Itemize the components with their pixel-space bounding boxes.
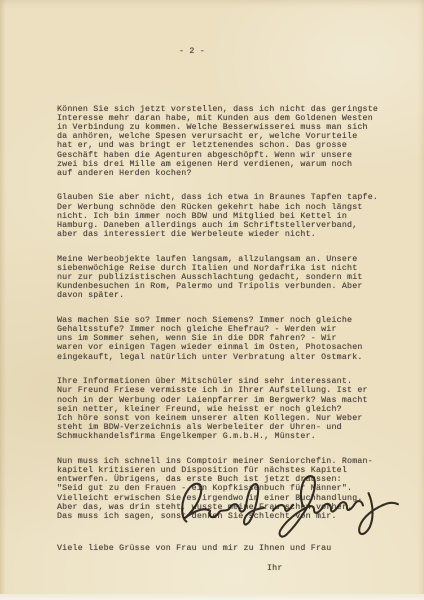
signature	[171, 462, 406, 554]
paragraph: Können Sie sich jetzt vorstellen, dass i…	[57, 105, 397, 179]
signature-drawing	[171, 462, 406, 554]
paragraph: Was machen Sie so? Immer noch Siemens? I…	[57, 316, 397, 362]
signoff-pronoun: Ihr	[267, 564, 397, 573]
page-number: - 2 -	[179, 47, 397, 56]
paragraph: Glauben Sie aber nicht, dass ich etwa in…	[57, 193, 397, 239]
letter-page: - 2 - Können Sie sich jetzt vorstellen, …	[0, 0, 424, 600]
paragraph: Ihre Informationen über Mitschüler sind …	[57, 377, 397, 441]
paragraph: Meine Werbeobjekte laufen langsam, allzu…	[57, 255, 397, 301]
